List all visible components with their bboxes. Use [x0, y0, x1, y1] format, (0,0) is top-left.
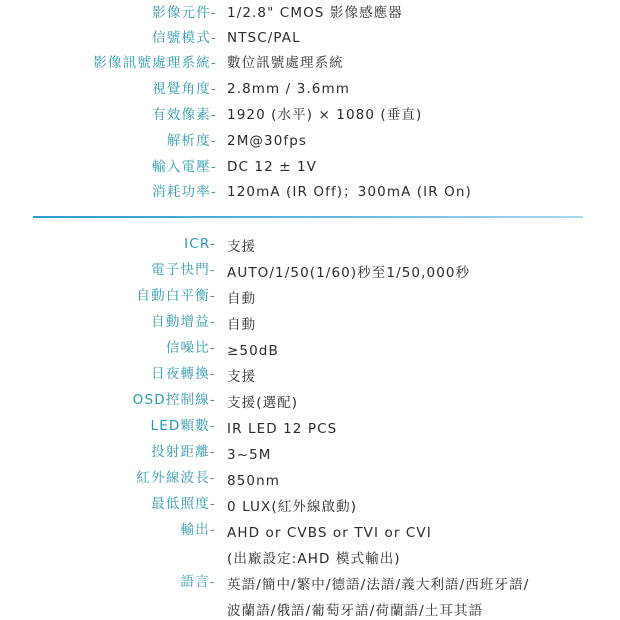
spec-row-ir-wavelength: 紅外線波長- 850nm: [0, 470, 620, 492]
spec-value: ≥50dB: [227, 340, 279, 362]
spec-row-osd-control: OSD控制線- 支援(選配): [0, 392, 620, 414]
spec-value: AUTO/1/50(1/60)秒至1/50,000秒: [227, 262, 470, 284]
spec-row-language: 語言- 英語/簡中/繁中/德語/法語/義大利語/西班牙語/ 波蘭語/俄語/葡萄牙…: [0, 574, 620, 620]
spec-value: AHD or CVBS or TVI or CVI: [227, 522, 432, 544]
spec-value: 2.8mm / 3.6mm: [227, 78, 350, 100]
spec-value: 3~5M: [227, 444, 272, 466]
spec-label: LED顆數-: [150, 415, 216, 437]
spec-row-auto-gain: 自動增益- 自動: [0, 314, 620, 336]
spec-row-min-illumination: 最低照度- 0 LUX(紅外線啟動): [0, 496, 620, 518]
spec-label: 影像元件-: [152, 2, 217, 24]
spec-value: 120mA (IR Off)；300mA (IR On): [227, 181, 472, 203]
spec-row-signal-mode: 信號模式- NTSC/PAL: [0, 27, 620, 49]
spec-label: 信號模式-: [152, 27, 217, 49]
spec-label: 解析度-: [167, 130, 217, 152]
spec-value: NTSC/PAL: [227, 27, 301, 49]
spec-label: OSD控制線-: [133, 389, 216, 411]
spec-value-line2: 波蘭語/俄語/葡萄牙語/荷蘭語/土耳其語: [227, 600, 483, 620]
spec-label: 電子快門-: [151, 259, 216, 281]
spec-label: 消耗功率-: [152, 181, 217, 203]
spec-label: 自動增益-: [151, 311, 216, 333]
spec-value: IR LED 12 PCS: [227, 418, 337, 440]
spec-row-power-consumption: 消耗功率- 120mA (IR Off)；300mA (IR On): [0, 181, 620, 203]
spec-value: 支援: [227, 366, 256, 388]
spec-value: 支援: [227, 236, 256, 258]
spec-label: 影像訊號處理系統-: [93, 52, 217, 74]
spec-row-ir-distance: 投射距離- 3~5M: [0, 444, 620, 466]
spec-value: 英語/簡中/繁中/德語/法語/義大利語/西班牙語/: [227, 574, 529, 596]
spec-row-output: 輸出- AHD or CVBS or TVI or CVI (出廠設定:AHD …: [0, 522, 620, 570]
spec-row-electronic-shutter: 電子快門- AUTO/1/50(1/60)秒至1/50,000秒: [0, 262, 620, 284]
spec-value: 850nm: [227, 470, 280, 492]
spec-value: 2M@30fps: [227, 130, 307, 152]
spec-label: 信噪比-: [166, 337, 216, 359]
spec-row-resolution: 解析度- 2M@30fps: [0, 130, 620, 152]
spec-value: DC 12 ± 1V: [227, 156, 317, 178]
spec-value: 自動: [227, 314, 256, 336]
spec-label: 最低照度-: [151, 493, 216, 515]
spec-row-snr: 信噪比- ≥50dB: [0, 340, 620, 362]
spec-value: 1920 (水平) × 1080 (垂直): [227, 104, 422, 126]
spec-value-line2: (出廠設定:AHD 模式輸出): [227, 548, 401, 570]
spec-value: 支援(選配): [227, 392, 298, 414]
spec-label: ICR-: [184, 233, 216, 255]
spec-label: 有效像素-: [152, 104, 217, 126]
spec-row-input-voltage: 輸入電壓- DC 12 ± 1V: [0, 156, 620, 178]
spec-label: 視覺角度-: [152, 78, 217, 100]
spec-row-image-sensor: 影像元件- 1/2.8" CMOS 影像感應器: [0, 2, 620, 24]
spec-row-led-count: LED顆數- IR LED 12 PCS: [0, 418, 620, 440]
spec-label: 投射距離-: [151, 441, 216, 463]
spec-label: 紅外線波長-: [136, 467, 216, 489]
spec-label: 日夜轉換-: [151, 363, 216, 385]
spec-value: 自動: [227, 288, 256, 310]
spec-row-auto-white-balance: 自動白平衡- 自動: [0, 288, 620, 310]
spec-value: 0 LUX(紅外線啟動): [227, 496, 357, 518]
spec-row-effective-pixels: 有效像素- 1920 (水平) × 1080 (垂直): [0, 104, 620, 126]
section-divider: [33, 216, 583, 218]
spec-value: 數位訊號處理系統: [227, 52, 344, 74]
spec-label: 輸出-: [181, 519, 216, 541]
spec-row-view-angle: 視覺角度- 2.8mm / 3.6mm: [0, 78, 620, 100]
spec-value: 1/2.8" CMOS 影像感應器: [227, 2, 403, 24]
spec-row-signal-processing: 影像訊號處理系統- 數位訊號處理系統: [0, 52, 620, 74]
spec-label: 輸入電壓-: [152, 156, 217, 178]
spec-label: 自動白平衡-: [136, 285, 216, 307]
spec-row-icr: ICR- 支援: [0, 236, 620, 258]
spec-label: 語言-: [181, 571, 216, 593]
spec-row-day-night: 日夜轉換- 支援: [0, 366, 620, 388]
